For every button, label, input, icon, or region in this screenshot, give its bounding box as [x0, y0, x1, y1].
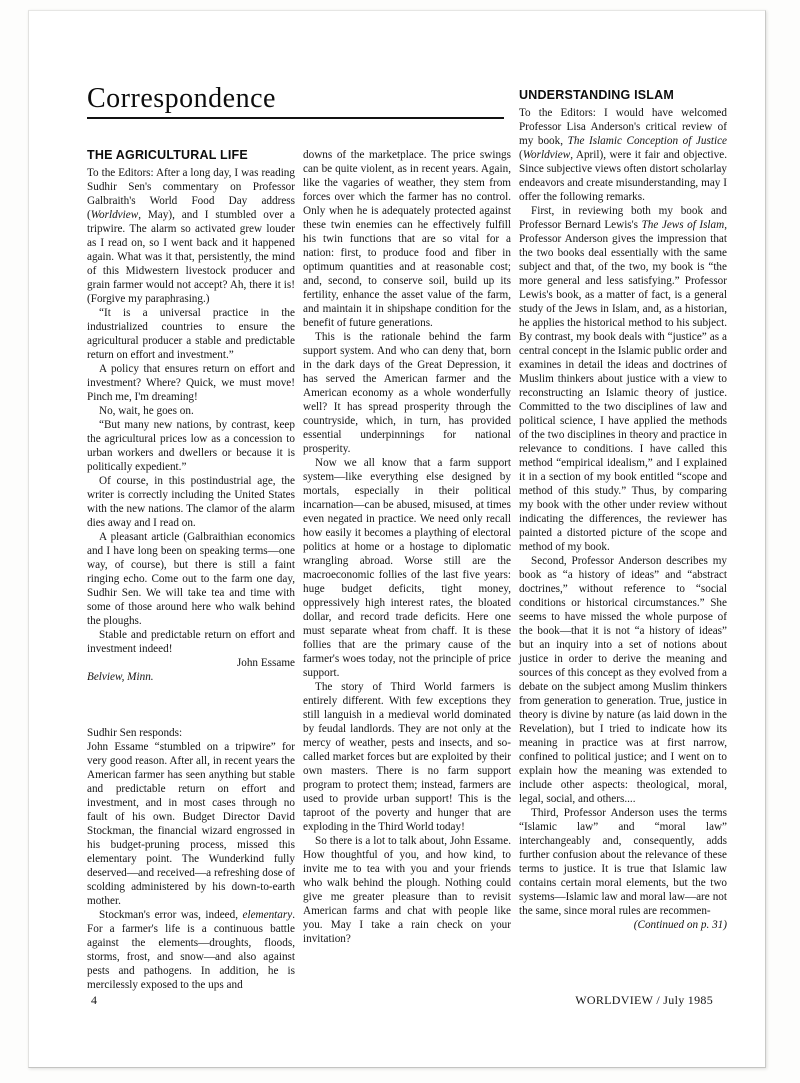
paragraph: Of course, in this postindustrial age, t…	[87, 474, 295, 530]
columns-1-2: THE AGRICULTURAL LIFE To the Editors: Af…	[87, 148, 511, 992]
column-2: downs of the marketplace. The price swin…	[303, 148, 511, 992]
paragraph: To the Editors: After a long day, I was …	[87, 166, 295, 306]
scan-background: Correspondence THE AGRICULTURAL LIFE To …	[0, 0, 800, 1083]
page-number: 4	[91, 993, 97, 1008]
journal-footer: WORLDVIEW / July 1985	[575, 993, 713, 1008]
signature-name: John Essame	[87, 656, 295, 670]
paragraph: So there is a lot to talk about, John Es…	[303, 834, 511, 946]
letter-heading-agricultural: THE AGRICULTURAL LIFE	[87, 148, 295, 162]
masthead: Correspondence	[87, 85, 511, 119]
paragraph: downs of the marketplace. The price swin…	[303, 148, 511, 330]
magazine-page: Correspondence THE AGRICULTURAL LIFE To …	[28, 10, 766, 1068]
paragraph: “It is a universal practice in the indus…	[87, 306, 295, 362]
paragraph: John Essame “stumbled on a tripwire” for…	[87, 740, 295, 908]
paragraph: Now we all know that a farm support syst…	[303, 456, 511, 680]
paragraph: Third, Professor Anderson uses the terms…	[519, 806, 727, 918]
section-title: Correspondence	[87, 85, 511, 113]
continued-note: (Continued on p. 31)	[519, 918, 727, 932]
column-1: THE AGRICULTURAL LIFE To the Editors: Af…	[87, 148, 295, 992]
paragraph: The story of Third World farmers is enti…	[303, 680, 511, 834]
paragraph: This is the rationale behind the farm su…	[303, 330, 511, 456]
header-rule	[87, 117, 504, 119]
signature-place: Belview, Minn.	[87, 670, 295, 684]
paragraph: A pleasant article (Galbraithian economi…	[87, 530, 295, 628]
paragraph: Stockman's error was, indeed, elementary…	[87, 908, 295, 992]
paragraph: Second, Professor Anderson describes my …	[519, 554, 727, 806]
paragraph: A policy that ensures return on effort a…	[87, 362, 295, 404]
letter-heading-islam: UNDERSTANDING ISLAM	[519, 88, 727, 102]
paragraph: “But many new nations, by contrast, keep…	[87, 418, 295, 474]
paragraph: To the Editors: I would have welcomed Pr…	[519, 106, 727, 204]
page-content: Correspondence THE AGRICULTURAL LIFE To …	[29, 11, 765, 992]
left-two-column-block: Correspondence THE AGRICULTURAL LIFE To …	[87, 85, 511, 992]
paragraph: First, in reviewing both my book and Pro…	[519, 204, 727, 554]
paragraph: No, wait, he goes on.	[87, 404, 295, 418]
column-3: UNDERSTANDING ISLAM To the Editors: I wo…	[519, 85, 727, 932]
paragraph: Stable and predictable return on effort …	[87, 628, 295, 656]
response-intro: Sudhir Sen responds:	[87, 726, 295, 740]
